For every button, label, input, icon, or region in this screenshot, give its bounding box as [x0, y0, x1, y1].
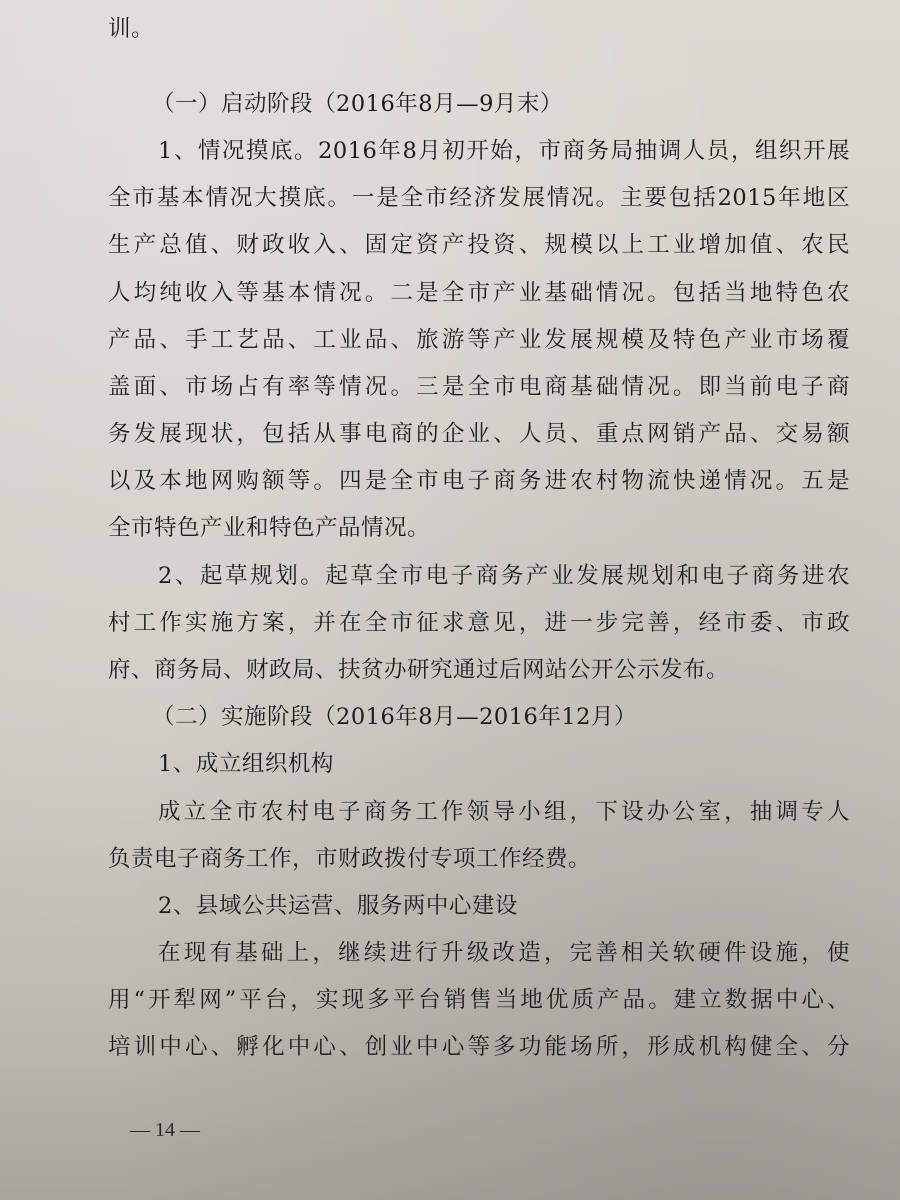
- paragraph-line-6: 产品、手工艺品、工业品、旅游等产业发展规模及特色产业市场覆: [108, 325, 850, 355]
- section-heading-startup-phase: （一）启动阶段（2016年8月—9月末）: [152, 89, 894, 119]
- section-heading-implementation-phase: （二）实施阶段（2016年8月—2016年12月）: [152, 702, 894, 732]
- subheading-two-centers: 2、县域公共运营、服务两中心建设: [158, 891, 850, 921]
- paragraph-line-16: 成立全市农村电子商务工作领导小组，下设办公室，抽调专人: [158, 797, 850, 827]
- document-page: 训。 （一）启动阶段（2016年8月—9月末） 1、情况摸底。2016年8月初开…: [0, 0, 900, 1200]
- paragraph-line-17: 负责电子商务工作，市财政拨付专项工作经费。: [108, 844, 850, 874]
- paragraph-line-3: 全市基本情况大摸底。一是全市经济发展情况。主要包括2015年地区: [108, 183, 850, 213]
- paragraph-line-9: 以及本地网购额等。四是全市电子商务进农村物流快递情况。五是: [108, 466, 850, 496]
- paragraph-line-20: 用“开犁网”平台，实现多平台销售当地优质产品。建立数据中心、: [108, 985, 850, 1015]
- paragraph-line-10: 全市特色产业和特色产品情况。: [108, 513, 850, 543]
- paragraph-line-7: 盖面、市场占有率等情况。三是全市电商基础情况。即当前电子商: [108, 372, 850, 402]
- paragraph-line-0: 训。: [108, 14, 850, 44]
- paragraph-line-11: 2、起草规划。起草全市电子商务产业发展规划和电子商务进农: [158, 561, 850, 591]
- paragraph-line-5: 人均纯收入等基本情况。二是全市产业基础情况。包括当地特色农: [108, 278, 850, 308]
- paragraph-line-4: 生产总值、财政收入、固定资产投资、规模以上工业增加值、农民: [108, 230, 850, 260]
- subheading-establish-organization: 1、成立组织机构: [158, 749, 850, 779]
- paragraph-line-8: 务发展现状，包括从事电商的企业、人员、重点网销产品、交易额: [108, 419, 850, 449]
- paragraph-line-2: 1、情况摸底。2016年8月初开始，市商务局抽调人员，组织开展: [158, 136, 850, 166]
- paragraph-line-19: 在现有基础上，继续进行升级改造，完善相关软硬件设施，使: [158, 938, 850, 968]
- paragraph-line-21: 培训中心、孵化中心、创业中心等多功能场所，形成机构健全、分: [108, 1032, 850, 1062]
- page-number: — 14 —: [130, 1117, 200, 1143]
- paragraph-line-13: 府、商务局、财政局、扶贫办研究通过后网站公开公示发布。: [108, 655, 850, 685]
- paragraph-line-12: 村工作实施方案，并在全市征求意见，进一步完善，经市委、市政: [108, 608, 850, 638]
